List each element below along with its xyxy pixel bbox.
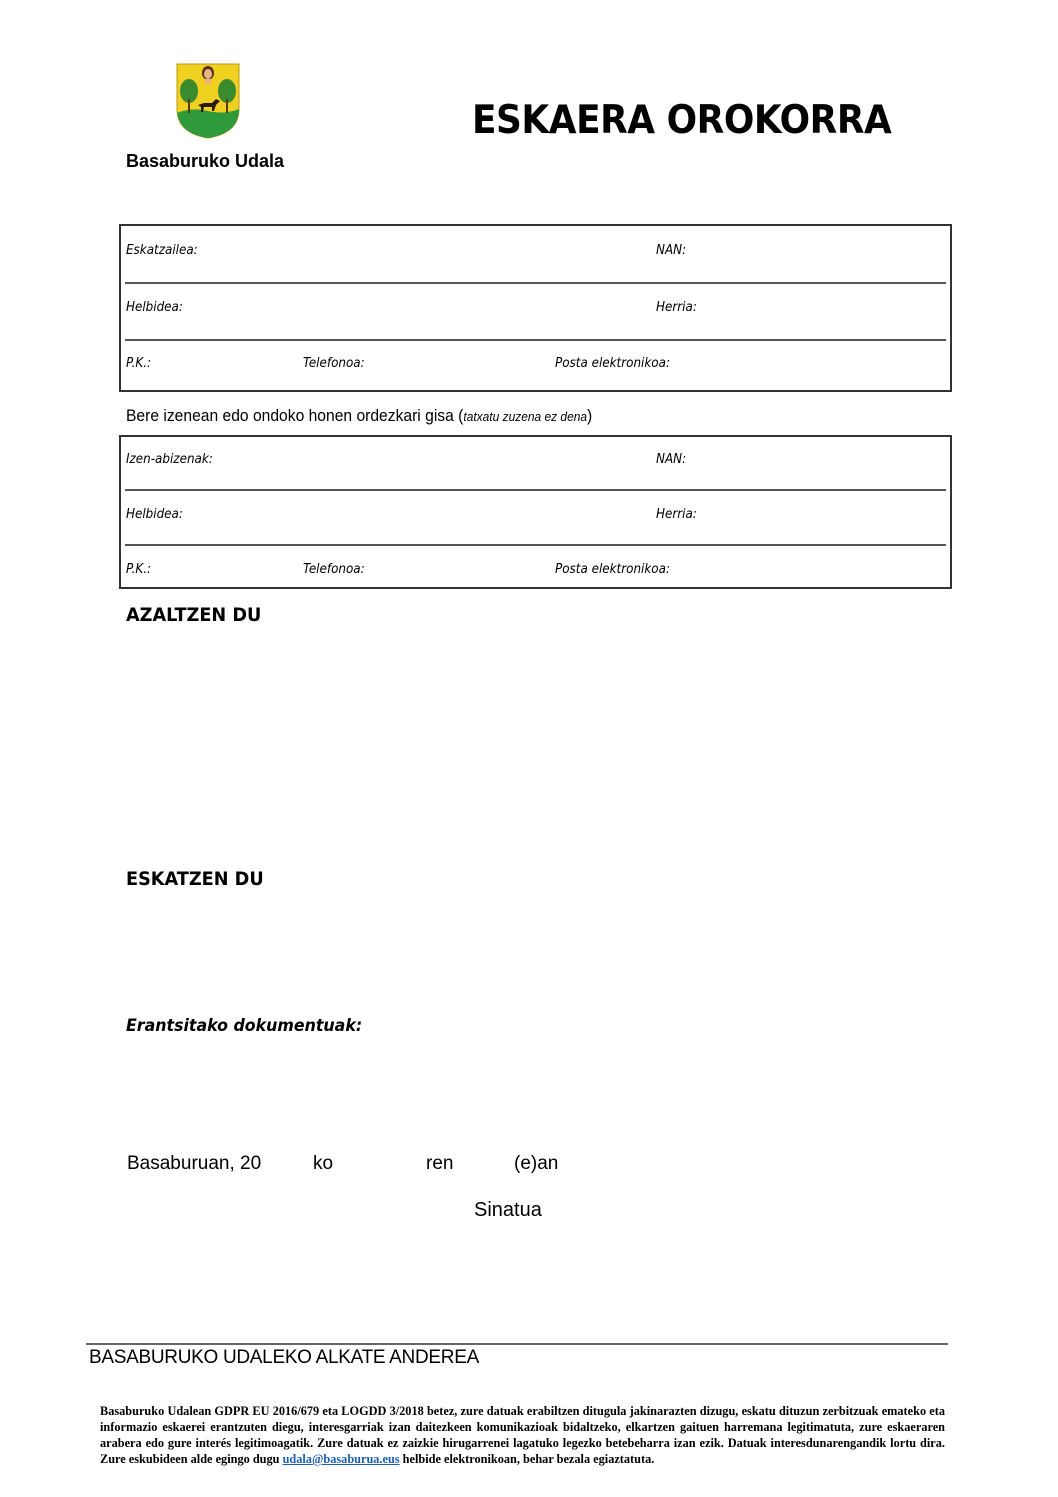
coat-of-arms-icon [176, 63, 240, 139]
row-divider [125, 544, 946, 546]
addressee: BASABURUKO UDALEKO ALKATE ANDEREA [89, 1347, 479, 1369]
applicant-id-field[interactable]: NAN: [656, 243, 686, 258]
row-divider [125, 339, 946, 341]
footer-divider [86, 1343, 948, 1345]
section-requests-heading: ESKATZEN DU [126, 868, 264, 890]
representative-note: Bere izenean edo ondoko honen ordezkari … [126, 406, 592, 426]
gdpr-email-link[interactable]: udala@basaburua.eus [283, 1452, 400, 1466]
section-states-area[interactable] [126, 640, 952, 855]
section-attachments-heading: Erantsitako dokumentuak: [126, 1016, 362, 1036]
applicant-email-field[interactable]: Posta elektronikoa: [555, 356, 670, 371]
section-states-heading: AZALTZEN DU [126, 604, 261, 626]
representative-id-field[interactable]: NAN: [656, 452, 686, 467]
representative-note-close: ) [587, 406, 592, 425]
date-ean: (e)an [514, 1153, 558, 1175]
representative-note-hint: tatxatu zuzena ez dena [463, 409, 587, 424]
representative-name-field[interactable]: Izen-abizenak: [126, 452, 213, 467]
applicant-name-field[interactable]: Eskatzailea: [126, 243, 198, 258]
representative-address-field[interactable]: Helbidea: [126, 507, 183, 522]
representative-phone-field[interactable]: Telefonoa: [303, 562, 365, 577]
date-ko: ko [313, 1153, 333, 1175]
representative-email-field[interactable]: Posta elektronikoa: [555, 562, 670, 577]
applicant-form-box: Eskatzailea: NAN: Helbidea: Herria: P.K.… [119, 224, 952, 392]
applicant-town-field[interactable]: Herria: [656, 300, 697, 315]
representative-form-box: Izen-abizenak: NAN: Helbidea: Herria: P.… [119, 435, 952, 589]
applicant-postal-code-field[interactable]: P.K.: [126, 356, 151, 371]
applicant-phone-field[interactable]: Telefonoa: [303, 356, 365, 371]
signed-label: Sinatua [474, 1199, 542, 1222]
section-requests-area[interactable] [126, 904, 952, 1004]
date-place-year: Basaburuan, 20 [127, 1153, 261, 1175]
applicant-address-field[interactable]: Helbidea: [126, 300, 183, 315]
date-ren: ren [426, 1153, 453, 1175]
gdpr-text-end: helbide elektronikoan, behar bezala egia… [400, 1452, 655, 1466]
section-attachments-area[interactable] [126, 1046, 952, 1141]
representative-note-text: Bere izenean edo ondoko honen ordezkari … [126, 406, 463, 425]
row-divider [125, 282, 946, 284]
representative-postal-code-field[interactable]: P.K.: [126, 562, 151, 577]
row-divider [125, 489, 946, 491]
organization-name: Basaburuko Udala [126, 151, 284, 172]
document-title: ESKAERA OROKORRA [472, 98, 891, 143]
gdpr-notice: Basaburuko Udalean GDPR EU 2016/679 eta … [100, 1403, 945, 1467]
representative-town-field[interactable]: Herria: [656, 507, 697, 522]
